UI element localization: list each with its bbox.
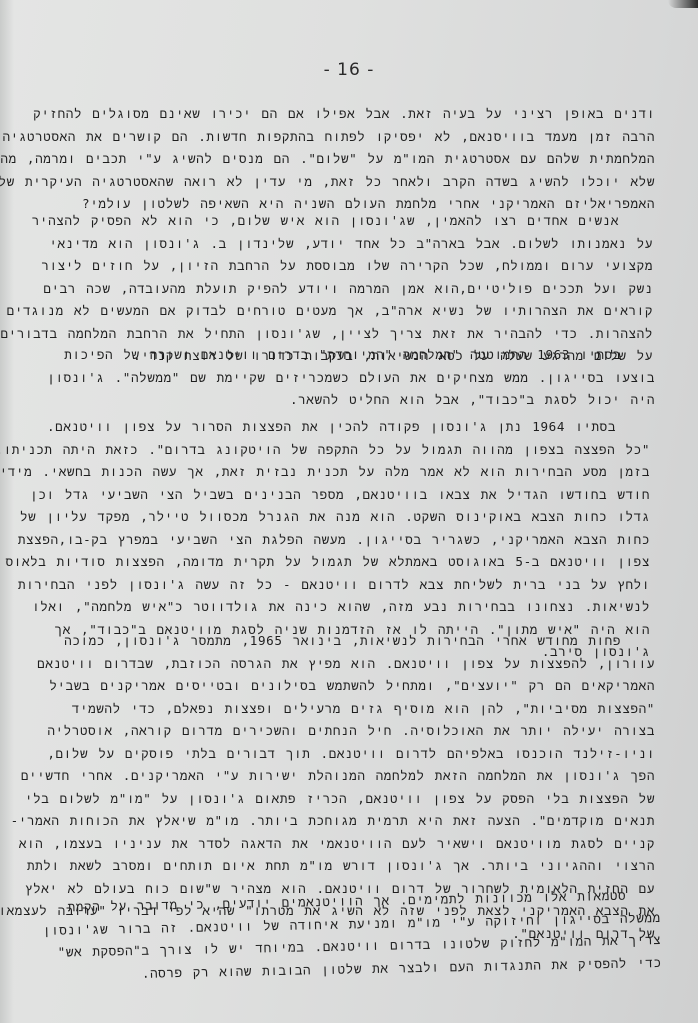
page-corner-shadow (668, 0, 698, 8)
paragraph-1: ודנים באופן רציני על בעיה זאת. אבל אפילו… (62, 103, 655, 216)
text-line: נשק ועל תככים פוליטיים,הוא אמן המרמה ויו… (60, 278, 653, 301)
text-line: שלא יוכלו להשיג בשדה הקרב ולאחר כל זאת, … (62, 171, 655, 194)
text-line: האמריקאים הם רק "יועצים", ומתחיל להשתמש … (68, 675, 655, 698)
paragraph-4: בסתיו 1964 נתן ג'ונסון פקודה להכין את הפ… (60, 416, 650, 664)
text-line: על נאמנותו לשלום. אבל בארה"ב כל אחד יודע… (60, 233, 653, 256)
text-line: "כל הפצצה בצפון מהווה תגמול על כל התקפה … (60, 439, 650, 462)
text-line: לנשיאות. נצחונו בבחירות נבע מזה, שהוא כי… (60, 596, 650, 619)
text-line: וניו-זילנד הוכנסו באלפיהם לדרום וויטנאם.… (68, 743, 655, 766)
text-line: כחות הצבא האמריקני, כשגריר בסייגון. מעשה… (60, 529, 650, 552)
text-line: קניים לסגת מוויטנאם וישאיר לעם הוויטנאמי… (68, 833, 655, 856)
text-line: פחות מחודש אחרי הבחירות לנשיאות, בינואר … (68, 630, 655, 653)
text-line: גדלו כחות הצבא באוקינוס השקט. הוא מנה את… (60, 506, 650, 529)
text-line: בזמן מסע הבחירות הוא לא אמר מלה על תכנית… (60, 461, 650, 484)
text-line: בוצעו בסייגון. ממש מצחיקים את העולם כשמכ… (72, 367, 655, 390)
text-line: בסתיו 1964 נתן ג'ונסון פקודה להכין את הפ… (60, 416, 650, 439)
text-line: להצהרות. כדי להבהיר את זאת צריך לציין, ש… (60, 323, 653, 346)
text-line: חודש בחודשו הגדיל את צבאו בוויטנאם, מספר… (60, 484, 650, 507)
text-line: קוראים את הצהרותיו של נשיא ארה"ב, אך מעט… (60, 300, 653, 323)
text-line: הרבה זמן מעמד בוויסנאם, לא יפסיקו לפתוח … (62, 126, 655, 149)
text-line: בצורה יעילה יותר את האוכלוסיה. חיל הנחתי… (68, 720, 655, 743)
text-line: ודנים באופן רציני על בעיה זאת. אבל אפילו… (62, 103, 655, 126)
paragraph-6: סטמאות אלו מכוונות לתמימים. אך הוויטנאמי… (100, 884, 662, 986)
text-line: של הפצצות בלי הפסק על צפון וויטנאם, הכרי… (68, 788, 655, 811)
paragraph-3: בסתיו 1963 התמוטטה "המלחמה "המיוחדת" בדר… (72, 344, 655, 412)
text-line: ולחץ על בני ברית לשליחת צבא לדרום וויטנא… (60, 574, 650, 597)
text-line: תנאים מוקדמים". הצעה זאת היא תרמית מגוחכ… (68, 810, 655, 833)
text-line: הפך ג'ונסון את המלחמה הזאת למלחמה המנוהל… (68, 765, 655, 788)
text-line: צפון וויטנאם ב-5 באוגוסט באמתלא של תגמול… (60, 551, 650, 574)
page-number: - 16 - (0, 60, 698, 80)
text-line: "הפצצות מסיביות", להן הוא מוסיף גזים מרע… (68, 698, 655, 721)
text-line: בסתיו 1963 התמוטטה "המלחמה "המיוחדת" בדר… (72, 344, 655, 367)
text-line: המלחמתית שלהם עם אסטרטגית המו"מ על "שלום… (62, 148, 655, 171)
text-line: הרצוי וההגיוני ביותר. אך ג'ונסון דורש מו… (68, 855, 655, 878)
text-line: עוורון, להפצצות על צפון וויטנאם. הוא מפי… (68, 653, 655, 676)
text-line: מקצועי ערום וממולח, שכל הקרירה שלו מבוסס… (60, 255, 653, 278)
text-line: היה יכול לסגת ב"כבוד", אבל הוא החליט להש… (72, 389, 655, 412)
text-line: אנשים אחדים רצו להאמין, שג'ונסון הוא איש… (60, 210, 653, 233)
document-page: - 16 - ודנים באופן רציני על בעיה זאת. אב… (0, 0, 698, 1023)
